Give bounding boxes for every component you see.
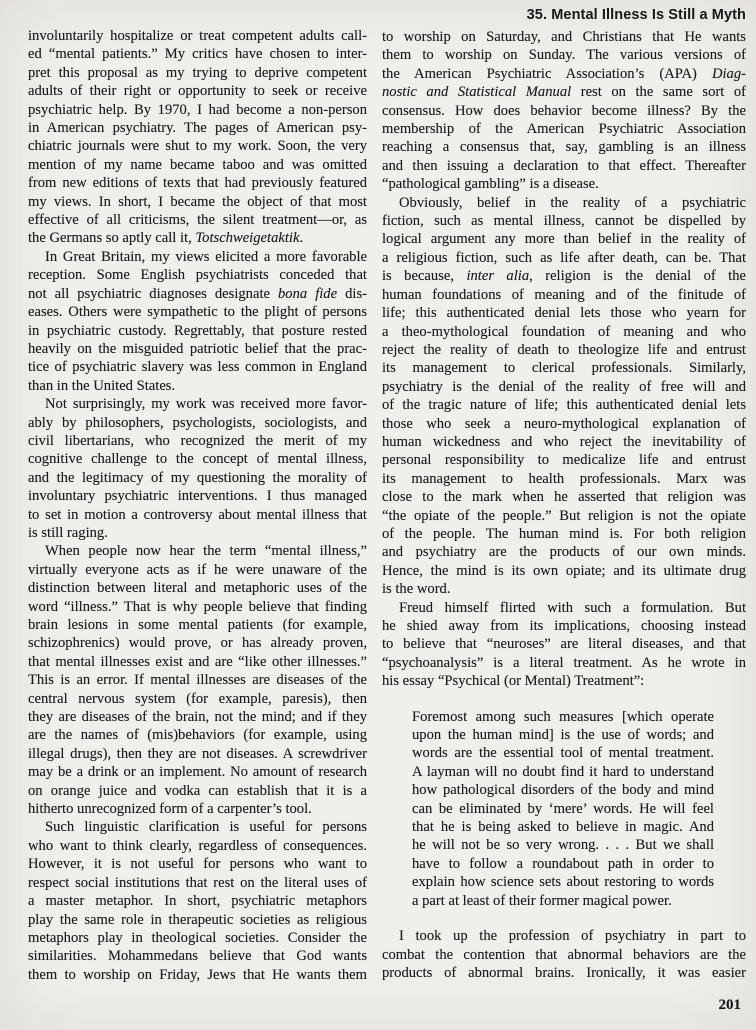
text-line: cognitive challenge to the concept of me… (28, 450, 367, 468)
text-line: play the same role in therapeutic societ… (28, 911, 367, 929)
text-line: tice of psychiatric slavery was less com… (28, 358, 367, 376)
text-line: to set in motion a controversy about men… (28, 506, 367, 524)
paragraph: Not surprisingly, my work was received m… (28, 395, 367, 542)
text-line: is the word. (382, 580, 746, 598)
text-line: Foremost among such measures [which oper… (412, 708, 714, 726)
column-right: 35. Mental Illness Is Still a Myth to wo… (382, 6, 746, 982)
text-line: those who seek a neuro-mythological expl… (382, 415, 746, 433)
text-line: effective of all criticisms, the silent … (28, 211, 367, 229)
text-line: A layman will no doubt find it hard to u… (412, 763, 714, 781)
text-line: have to follow a roundabout path in orde… (412, 855, 714, 873)
text-line: them to worship on Sunday. The various v… (382, 46, 746, 64)
text-line: brain lesions in some mental patients (f… (28, 616, 367, 634)
text-line: hitherto unrecognized form of a carpente… (28, 800, 367, 818)
text-line: the Germans so aptly call it, Totschweig… (28, 229, 367, 247)
text-line: my views. In short, I became the object … (28, 193, 367, 211)
text-line: close to the mark when he asserted that … (382, 488, 746, 506)
text-line: However, it is not useful for persons wh… (28, 855, 367, 873)
column-left: involuntarily hospitalize or treat compe… (28, 27, 367, 984)
text-line: his essay “Psychical (or Mental) Treatme… (382, 672, 746, 690)
text-line: mention of my name became taboo and was … (28, 156, 367, 174)
text-line: of the tragic nature of life; this authe… (382, 396, 746, 414)
text-line: involuntarily hospitalize or treat compe… (28, 27, 367, 45)
text-line: can be eliminated by ‘mere’ words. He wi… (412, 800, 714, 818)
text-line: reception. Some English psychiatrists co… (28, 266, 367, 284)
text-line: schizophrenics) would prove, or has alre… (28, 634, 367, 652)
text-line: he shied away from its implications, cho… (382, 617, 746, 635)
text-line: virtually everyone acts as if he were un… (28, 561, 367, 579)
text-line: logical argument any more than belief in… (382, 230, 746, 248)
paragraph: Such linguistic clarification is useful … (28, 818, 367, 984)
text-line: reject the reality of death to theologiz… (382, 341, 746, 359)
text-line: and then issuing a declaration to that e… (382, 157, 746, 175)
text-line: “the opiate of the people.” But religion… (382, 507, 746, 525)
text-line: on orange juice and vodka can establish … (28, 782, 367, 800)
text-line: Such linguistic clarification is useful … (28, 818, 367, 836)
paragraph: Obviously, belief in the reality of a ps… (382, 194, 746, 599)
paragraph: involuntarily hospitalize or treat compe… (28, 27, 367, 248)
text-line: they are diseases of the brain, not the … (28, 708, 367, 726)
text-line: a religious fiction, such as life after … (382, 249, 746, 267)
text-line: respect social institutions that rest on… (28, 874, 367, 892)
text-line: civil libertarians, who recognized the m… (28, 432, 367, 450)
text-line: are the names of (mis)behaviors (for exa… (28, 726, 367, 744)
text-line: not all psychiatric diagnoses designate … (28, 285, 367, 303)
text-line: explain how science sets about restoring… (412, 873, 714, 891)
text-line: heavily on the misguided patriotic belie… (28, 340, 367, 358)
text-line: involuntary psychiatric interventions. I… (28, 487, 367, 505)
book-page: involuntarily hospitalize or treat compe… (0, 0, 756, 1030)
text-line: human wickedness and who reject the inev… (382, 433, 746, 451)
paragraph: In Great Britain, my views elicited a mo… (28, 248, 367, 395)
text-line: in American psychiatry. The pages of Ame… (28, 119, 367, 137)
text-line: fiction, such as mental illness, cannot … (382, 212, 746, 230)
text-line: Hence, the mind is its own opiate; and i… (382, 562, 746, 580)
text-line: ed “mental patients.” My critics have ch… (28, 45, 367, 63)
text-line: I took up the profession of psychiatry i… (382, 927, 746, 945)
text-line: and psychiatry are the products of our o… (382, 543, 746, 561)
text-line: When people now hear the term “mental il… (28, 542, 367, 560)
text-line: in psychiatric custody. Regrettably, tha… (28, 322, 367, 340)
text-line: central nervous system (for example, par… (28, 690, 367, 708)
text-line: a part at least of their former magical … (412, 892, 714, 910)
text-line: its management to health professionals. … (382, 470, 746, 488)
text-line: nostic and Statistical Manual rest on th… (382, 83, 746, 101)
text-line: that he is being asked to believe in mag… (412, 818, 714, 836)
text-line: of the people. The human mind is. For bo… (382, 525, 746, 543)
text-line: and the legitimacy of my questioning the… (28, 469, 367, 487)
paragraph: When people now hear the term “mental il… (28, 542, 367, 818)
text-line: who want to think clearly, regardless of… (28, 837, 367, 855)
text-line: personal responsibility to medicalize li… (382, 451, 746, 469)
text-line: combat the contention that abnormal beha… (382, 946, 746, 964)
running-head: 35. Mental Illness Is Still a Myth (382, 6, 746, 24)
paragraph: I took up the profession of psychiatry i… (382, 927, 746, 982)
text-line: pret this proposal as my trying to depri… (28, 64, 367, 82)
text-line: similarities. Mohammedans believe that G… (28, 947, 367, 965)
column-right-body: to worship on Saturday, and Christians t… (382, 28, 746, 982)
text-line: words are the essential tool of mental t… (412, 744, 714, 762)
text-line: is still raging. (28, 524, 367, 542)
block-quote: Foremost among such measures [which oper… (412, 708, 714, 910)
text-line: he will not be so very wrong. . . . But … (412, 836, 714, 854)
text-line: Not surprisingly, my work was received m… (28, 395, 367, 413)
text-line: reaching a consensus that, say, gambling… (382, 138, 746, 156)
text-line: In Great Britain, my views elicited a mo… (28, 248, 367, 266)
text-line: to believe that “neuroses” are literal d… (382, 635, 746, 653)
paragraph: Freud himself flirted with such a formul… (382, 599, 746, 691)
text-line: may be a drink or an implement. No amoun… (28, 763, 367, 781)
text-line: human foundations of meaning and of the … (382, 286, 746, 304)
text-line: them to worship on Friday, Jews that He … (28, 966, 367, 984)
text-line: adults of their right or opportunity to … (28, 82, 367, 100)
text-line: membership of the American Psychiatric A… (382, 120, 746, 138)
text-line: Obviously, belief in the reality of a ps… (382, 194, 746, 212)
text-line: how pathological disorders of the body a… (412, 781, 714, 799)
text-line: psychiatric help. By 1970, I had become … (28, 101, 367, 119)
text-line: life; this authenticated denial lets tho… (382, 304, 746, 322)
text-line: the American Psychiatric Association’s (… (382, 65, 746, 83)
text-line: psychiatry is the denial of the reality … (382, 378, 746, 396)
paragraph: to worship on Saturday, and Christians t… (382, 28, 746, 194)
text-line: than in the United States. (28, 377, 367, 395)
text-line: chiatric journals were shut to my work. … (28, 137, 367, 155)
text-line: from new editions of texts that had prev… (28, 174, 367, 192)
text-line: to worship on Saturday, and Christians t… (382, 28, 746, 46)
text-line: products of abnormal brains. Ironically,… (382, 964, 746, 982)
text-line: eases. Others were sympathetic to the pl… (28, 303, 367, 321)
text-line: its management to clerical professionals… (382, 359, 746, 377)
text-line: a master metaphor. In short, psychiatric… (28, 892, 367, 910)
text-line: “pathological gambling” is a disease. (382, 175, 746, 193)
text-line: This is an error. If mental illnesses ar… (28, 671, 367, 689)
text-line: word “illness.” That is why people belie… (28, 598, 367, 616)
text-line: consensus. How does behavior become illn… (382, 102, 746, 120)
text-line: illegal drugs), then they are not diseas… (28, 745, 367, 763)
text-line: “psychoanalysis” is a literal treatment.… (382, 654, 746, 672)
text-line: ably by philosophers, psychologists, soc… (28, 414, 367, 432)
page-number: 201 (719, 997, 742, 1014)
text-line: that mental illnesses exist and are “lik… (28, 653, 367, 671)
text-line: upon the human mind] is the use of words… (412, 726, 714, 744)
text-line: metaphors play in theological societies.… (28, 929, 367, 947)
text-line: a theo-mythological foundation of meanin… (382, 323, 746, 341)
text-line: Freud himself flirted with such a formul… (382, 599, 746, 617)
text-line: is because, inter alia, religion is the … (382, 267, 746, 285)
text-line: distinction between literal and metaphor… (28, 579, 367, 597)
